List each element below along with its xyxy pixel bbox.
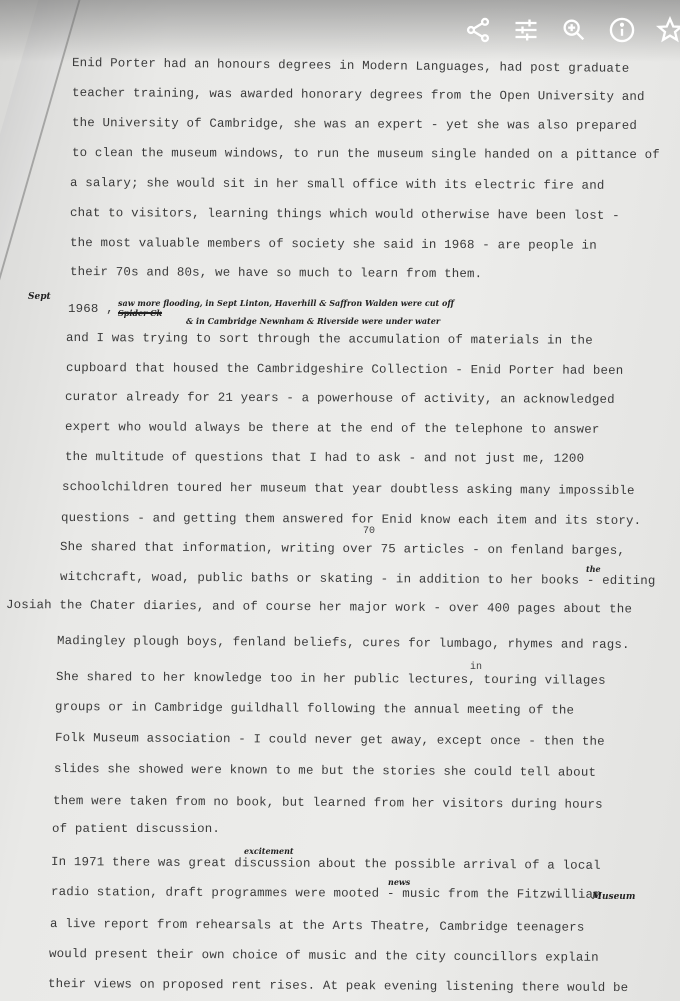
- zoom-in-icon[interactable]: [560, 16, 588, 44]
- scanned-document-page: Enid Porter had an honours degrees in Mo…: [0, 0, 680, 1001]
- text-line: questions - and getting them answered fo…: [61, 511, 641, 528]
- handwritten-struck-note: Spider Ck: [118, 308, 162, 318]
- text-line: of patient discussion.: [52, 822, 220, 836]
- text-line: groups or in Cambridge guildhall followi…: [55, 700, 574, 718]
- handwritten-note: & in Cambridge Newnham & Riverside were …: [186, 316, 440, 326]
- text-line: a live report from rehearsals at the Art…: [50, 917, 585, 935]
- text-line: them were taken from no book, but learne…: [53, 794, 603, 812]
- handwritten-correction: news: [388, 877, 410, 887]
- star-icon[interactable]: [656, 16, 680, 44]
- text-line: She shared to her knowledge too in her p…: [56, 670, 606, 688]
- text-line: a salary; she would sit in her small off…: [70, 176, 605, 193]
- text-line: In 1971 there was great discussion about…: [51, 855, 601, 873]
- handwritten-correction: in: [470, 662, 482, 673]
- info-icon[interactable]: [608, 16, 636, 44]
- handwritten-correction: 70: [363, 526, 375, 537]
- handwritten-note: saw more flooding, in Sept Linton, Haver…: [118, 298, 454, 308]
- text-line: the multitude of questions that I had to…: [65, 450, 584, 466]
- handwritten-correction: excitement: [244, 846, 294, 856]
- text-line: chat to visitors, learning things which …: [70, 206, 620, 223]
- text-line: radio station, draft programmes were moo…: [51, 885, 601, 902]
- text-line: their views on proposed rent rises. At p…: [48, 977, 628, 995]
- text-line: schoolchildren toured her museum that ye…: [62, 480, 635, 498]
- adjust-icon[interactable]: [512, 16, 540, 44]
- text-line: to clean the museum windows, to run the …: [72, 146, 660, 162]
- handwritten-correction: Museum: [592, 892, 635, 902]
- text-line: and I was trying to sort through the acc…: [66, 331, 593, 348]
- text-line: teacher training, was awarded honorary d…: [72, 86, 645, 104]
- text-line: She shared that information, writing ove…: [60, 540, 625, 558]
- text-line: expert who would always be there at the …: [65, 420, 600, 437]
- text-line: Madingley plough boys, fenland beliefs, …: [57, 634, 630, 652]
- text-line: their 70s and 80s, we have so much to le…: [70, 265, 482, 281]
- text-line: Josiah the Chater diaries, and of course…: [6, 598, 632, 616]
- text-line: cupboard that housed the Cambridgeshire …: [66, 361, 623, 378]
- text-line: 1968 ,: [68, 302, 114, 316]
- text-line: the most valuable members of society she…: [70, 236, 597, 253]
- image-viewer-toolbar: [0, 0, 680, 62]
- text-line: the University of Cambridge, she was an …: [72, 116, 637, 133]
- handwritten-correction: the: [586, 564, 601, 574]
- text-line: would present their own choice of music …: [49, 947, 599, 965]
- text-line: Folk Museum association - I could never …: [55, 731, 605, 749]
- handwritten-margin-note: Sept: [28, 292, 51, 302]
- text-line: curator already for 21 years - a powerho…: [65, 390, 615, 407]
- text-line: slides she showed were known to me but t…: [54, 762, 596, 780]
- text-line: witchcraft, woad, public baths or skatin…: [60, 570, 656, 588]
- share-icon[interactable]: [464, 16, 492, 44]
